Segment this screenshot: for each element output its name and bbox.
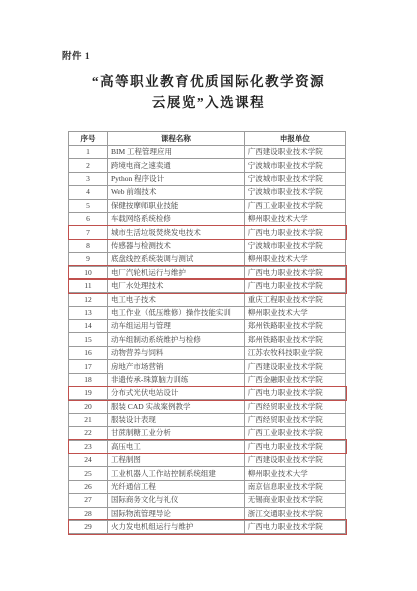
cell-no: 10: [69, 266, 108, 279]
cell-course: 电工作业（低压维修）操作技能实训: [107, 306, 244, 319]
cell-unit: 柳州职业技术大学: [244, 212, 345, 225]
cell-unit: 广西建设职业技术学院: [244, 453, 345, 466]
header-cell-course: 课程名称: [107, 132, 244, 146]
cell-no: 11: [69, 279, 108, 292]
cell-course: 动物营养与饲料: [107, 346, 244, 359]
attachment-label: 附件 1: [62, 48, 90, 62]
cell-unit: 郑州铁路职业技术学院: [244, 333, 345, 346]
table-row: 25工业机器人工作站控制系统组建柳州职业技术大学: [69, 467, 346, 480]
table-row: 27国际商务文化与礼仪无锡商业职业技术学院: [69, 494, 346, 507]
table-row: 16动物营养与饲料江苏农牧科技职业学院: [69, 346, 346, 359]
cell-no: 9: [69, 253, 108, 266]
cell-unit: 宁波城市职业技术学院: [244, 186, 345, 199]
cell-no: 5: [69, 199, 108, 212]
cell-course: 跨境电商之速卖通: [107, 159, 244, 172]
cell-no: 1: [69, 146, 108, 159]
cell-no: 16: [69, 346, 108, 359]
cell-no: 19: [69, 387, 108, 400]
cell-no: 22: [69, 427, 108, 440]
table-header-row: 序号 课程名称 申报单位: [69, 132, 346, 146]
cell-course: 服装 CAD 实战案例教学: [107, 400, 244, 413]
cell-unit: 江苏农牧科技职业学院: [244, 346, 345, 359]
table-row: 28国际物流管理导论浙江交通职业技术学院: [69, 507, 346, 520]
cell-unit: 广西经贸职业技术学院: [244, 400, 345, 413]
cell-no: 8: [69, 239, 108, 252]
cell-unit: 宁波城市职业技术学院: [244, 239, 345, 252]
table-row: 17房地产市场营销广西建设职业技术学院: [69, 360, 346, 373]
table-row: 23高压电工广西电力职业技术学院: [69, 440, 346, 453]
cell-course: 底盘线控系统装调与测试: [107, 253, 244, 266]
cell-unit: 广西工业职业技术学院: [244, 427, 345, 440]
cell-no: 25: [69, 467, 108, 480]
cell-no: 29: [69, 520, 108, 533]
cell-unit: 柳州职业技术大学: [244, 253, 345, 266]
table-row: 19分布式光伏电站设计广西电力职业技术学院: [69, 387, 346, 400]
table-row: 13电工作业（低压维修）操作技能实训柳州职业技术大学: [69, 306, 346, 319]
cell-course: 动车组运用与管理: [107, 320, 244, 333]
cell-course: Python 程序设计: [107, 172, 244, 185]
cell-unit: 广西金融职业技术学院: [244, 373, 345, 386]
table-row: 5保健按摩师职业技能广西工业职业技术学院: [69, 199, 346, 212]
table-body: 1BIM 工程管理应用广西建设职业技术学院2跨境电商之速卖通宁波城市职业技术学院…: [69, 146, 346, 534]
cell-unit: 南京信息职业技术学院: [244, 480, 345, 493]
cell-unit: 宁波城市职业技术学院: [244, 172, 345, 185]
cell-no: 27: [69, 494, 108, 507]
course-table: 序号 课程名称 申报单位 1BIM 工程管理应用广西建设职业技术学院2跨境电商之…: [68, 131, 346, 534]
cell-no: 21: [69, 413, 108, 426]
cell-course: 服装设计表现: [107, 413, 244, 426]
table-row: 26光纤通信工程南京信息职业技术学院: [69, 480, 346, 493]
table-header: 序号 课程名称 申报单位: [69, 132, 346, 146]
document-page: 附件 1 “高等职业教育优质国际化教学资源 云展览”入选课程 序号 课程名称 申…: [0, 0, 417, 591]
cell-course: 传感器与检测技术: [107, 239, 244, 252]
cell-no: 20: [69, 400, 108, 413]
cell-course: 车载网络系统检修: [107, 212, 244, 225]
cell-no: 17: [69, 360, 108, 373]
page-title-line2: 云展览”入选课程: [0, 92, 417, 113]
cell-course: 电厂水处理技术: [107, 279, 244, 292]
cell-unit: 广西电力职业技术学院: [244, 226, 345, 239]
page-title-line1: “高等职业教育优质国际化教学资源: [0, 71, 417, 92]
table-row: 7城市生活垃圾焚烧发电技术广西电力职业技术学院: [69, 226, 346, 239]
cell-no: 13: [69, 306, 108, 319]
cell-unit: 柳州职业技术大学: [244, 467, 345, 480]
cell-course: 工程制图: [107, 453, 244, 466]
cell-no: 26: [69, 480, 108, 493]
cell-course: 动车组制动系统维护与检修: [107, 333, 244, 346]
cell-no: 24: [69, 453, 108, 466]
cell-course: 国际物流管理导论: [107, 507, 244, 520]
table-row: 21服装设计表现广西经贸职业技术学院: [69, 413, 346, 426]
cell-unit: 广西电力职业技术学院: [244, 266, 345, 279]
cell-unit: 郑州铁路职业技术学院: [244, 320, 345, 333]
cell-course: 工业机器人工作站控制系统组建: [107, 467, 244, 480]
table-row: 3Python 程序设计宁波城市职业技术学院: [69, 172, 346, 185]
cell-no: 18: [69, 373, 108, 386]
table-row: 15动车组制动系统维护与检修郑州铁路职业技术学院: [69, 333, 346, 346]
table-row: 29火力发电机组运行与维护广西电力职业技术学院: [69, 520, 346, 533]
table-row: 9底盘线控系统装调与测试柳州职业技术大学: [69, 253, 346, 266]
table-row: 18非遗传承-珠算脑力训练广西金融职业技术学院: [69, 373, 346, 386]
cell-course: 光纤通信工程: [107, 480, 244, 493]
cell-no: 15: [69, 333, 108, 346]
cell-no: 2: [69, 159, 108, 172]
cell-unit: 广西电力职业技术学院: [244, 520, 345, 533]
cell-course: 保健按摩师职业技能: [107, 199, 244, 212]
cell-course: 城市生活垃圾焚烧发电技术: [107, 226, 244, 239]
table-row: 6车载网络系统检修柳州职业技术大学: [69, 212, 346, 225]
table-row: 24工程制图广西建设职业技术学院: [69, 453, 346, 466]
cell-unit: 广西电力职业技术学院: [244, 279, 345, 292]
table-row: 22甘蔗制糖工业分析广西工业职业技术学院: [69, 427, 346, 440]
cell-unit: 广西建设职业技术学院: [244, 360, 345, 373]
table-row: 10电厂汽轮机运行与维护广西电力职业技术学院: [69, 266, 346, 279]
course-table-container: 序号 课程名称 申报单位 1BIM 工程管理应用广西建设职业技术学院2跨境电商之…: [68, 131, 346, 534]
table-row: 14动车组运用与管理郑州铁路职业技术学院: [69, 320, 346, 333]
cell-course: 国际商务文化与礼仪: [107, 494, 244, 507]
cell-course: 非遗传承-珠算脑力训练: [107, 373, 244, 386]
cell-no: 7: [69, 226, 108, 239]
page-title: “高等职业教育优质国际化教学资源 云展览”入选课程: [0, 71, 417, 113]
table-row: 1BIM 工程管理应用广西建设职业技术学院: [69, 146, 346, 159]
cell-course: 电厂汽轮机运行与维护: [107, 266, 244, 279]
header-cell-no: 序号: [69, 132, 108, 146]
cell-no: 6: [69, 212, 108, 225]
cell-course: 分布式光伏电站设计: [107, 387, 244, 400]
header-cell-unit: 申报单位: [244, 132, 345, 146]
cell-unit: 广西电力职业技术学院: [244, 387, 345, 400]
cell-course: 甘蔗制糖工业分析: [107, 427, 244, 440]
cell-unit: 浙江交通职业技术学院: [244, 507, 345, 520]
cell-no: 28: [69, 507, 108, 520]
table-row: 4Web 前端技术宁波城市职业技术学院: [69, 186, 346, 199]
cell-unit: 广西电力职业技术学院: [244, 440, 345, 453]
cell-course: Web 前端技术: [107, 186, 244, 199]
cell-unit: 广西工业职业技术学院: [244, 199, 345, 212]
cell-course: 高压电工: [107, 440, 244, 453]
cell-unit: 广西经贸职业技术学院: [244, 413, 345, 426]
table-row: 20服装 CAD 实战案例教学广西经贸职业技术学院: [69, 400, 346, 413]
table-row: 2跨境电商之速卖通宁波城市职业技术学院: [69, 159, 346, 172]
cell-unit: 广西建设职业技术学院: [244, 146, 345, 159]
cell-course: 电工电子技术: [107, 293, 244, 306]
table-row: 11电厂水处理技术广西电力职业技术学院: [69, 279, 346, 292]
cell-no: 4: [69, 186, 108, 199]
cell-unit: 宁波城市职业技术学院: [244, 159, 345, 172]
cell-unit: 重庆工程职业技术学院: [244, 293, 345, 306]
cell-course: 火力发电机组运行与维护: [107, 520, 244, 533]
cell-course: BIM 工程管理应用: [107, 146, 244, 159]
cell-no: 23: [69, 440, 108, 453]
table-row: 8传感器与检测技术宁波城市职业技术学院: [69, 239, 346, 252]
cell-unit: 柳州职业技术大学: [244, 306, 345, 319]
cell-unit: 无锡商业职业技术学院: [244, 494, 345, 507]
cell-no: 12: [69, 293, 108, 306]
cell-no: 3: [69, 172, 108, 185]
table-row: 12电工电子技术重庆工程职业技术学院: [69, 293, 346, 306]
cell-course: 房地产市场营销: [107, 360, 244, 373]
cell-no: 14: [69, 320, 108, 333]
